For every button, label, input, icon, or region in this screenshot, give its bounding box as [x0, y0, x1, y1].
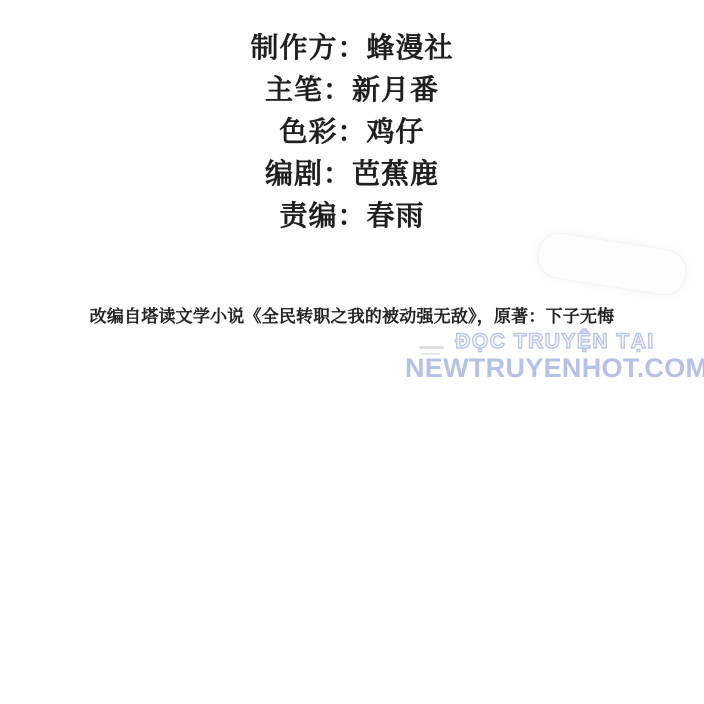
- credit-line-production: 制作方：蜂漫社: [0, 27, 704, 69]
- credit-line-scriptwriter: 编剧：芭蕉鹿: [0, 153, 704, 195]
- comic-credits-page: 制作方：蜂漫社 主笔：新月番 色彩：鸡仔 编剧：芭蕉鹿 责编：春雨 改编自塔读文…: [0, 0, 704, 704]
- adaptation-note: 改编自塔读文学小说《全民转职之我的被动强无敌》，原著：下子无悔: [0, 302, 704, 327]
- credits-block: 制作方：蜂漫社 主笔：新月番 色彩：鸡仔 编剧：芭蕉鹿 责编：春雨: [0, 27, 704, 237]
- credit-line-lead-artist: 主笔：新月番: [0, 69, 704, 111]
- site-watermark: ĐỌC TRUYỆN TẠI NEWTRUYENHOT.COM: [405, 330, 704, 382]
- watermark-tagline: ĐỌC TRUYỆN TẠI: [405, 330, 704, 354]
- watermark-site-name: NEWTRUYENHOT.COM: [405, 354, 704, 382]
- credit-line-colorist: 色彩：鸡仔: [0, 111, 704, 153]
- credit-line-editor: 责编：春雨: [0, 195, 704, 237]
- erased-watermark-blob: [534, 230, 689, 299]
